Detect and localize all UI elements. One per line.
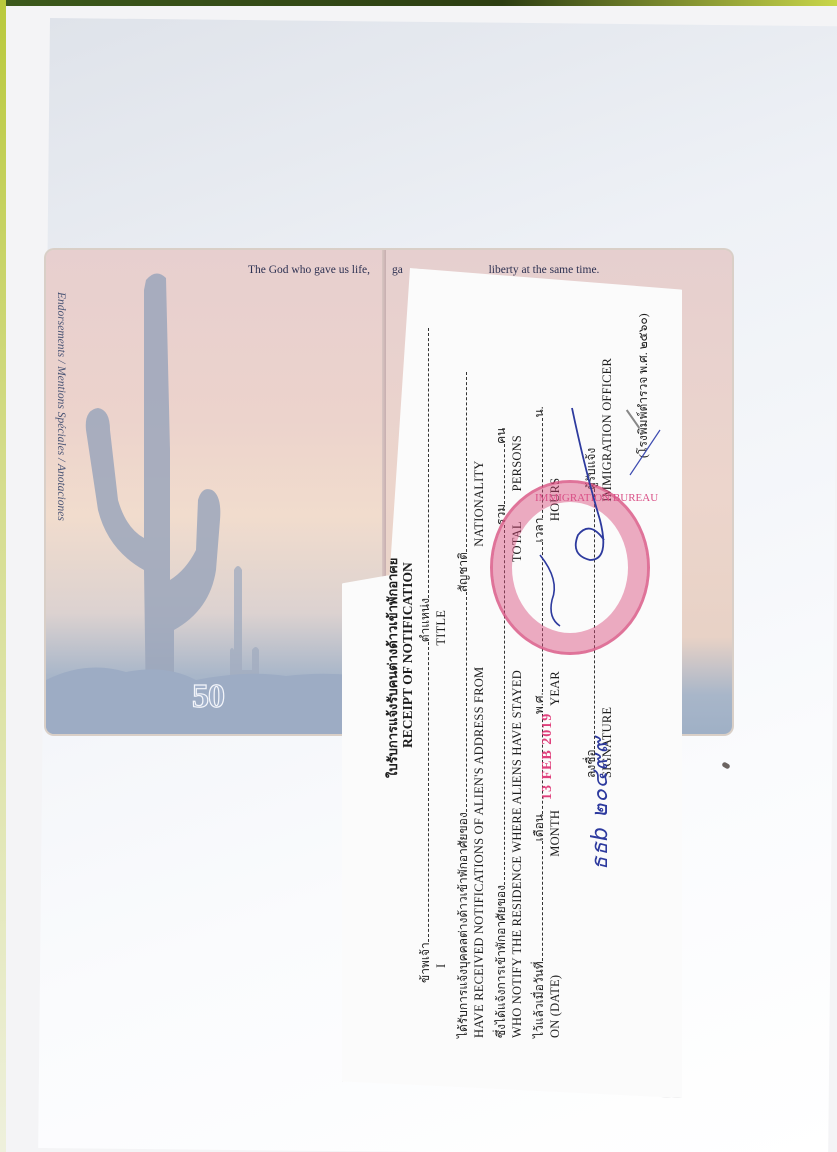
page-number: 50 — [192, 678, 224, 716]
immigration-bureau-stamp — [490, 480, 650, 655]
stamp-ring-text-en: IMMIGRATION BUREAU — [535, 492, 658, 504]
scanner-edge-top — [0, 0, 837, 6]
printer-note: (โรงพิมพ์ตำรวจ พ.ศ. ๒๕๖๐) — [634, 313, 653, 458]
passport-motto-left: The God who gave us life, — [248, 264, 370, 276]
stamped-date: 13 FEB 2019 — [540, 713, 556, 800]
motto-right-suffix: liberty at the same time. — [489, 264, 600, 276]
receipt-content: ใบรับการแจ้งรับคนต่างด้าวเข้าพักอาศัย RE… — [372, 268, 682, 1078]
scanner-edge-left — [0, 0, 6, 1152]
field-received: ได้รับการแจ้งบุคคลต่างด้าวเข้าพักอาศัยขอ… — [454, 372, 473, 1038]
field-i-en: ITITLE — [434, 610, 449, 968]
handwritten-number: ธธb ๒๐๔๙๙ — [582, 736, 617, 870]
endorsements-label-left: Endorsements / Mentions Spéciales / Anot… — [55, 292, 67, 521]
field-i: ข้าพเจ้าตำแหน่ง — [416, 328, 435, 983]
field-received-en: HAVE RECEIVED NOTIFICATIONS OF ALIEN'S A… — [472, 460, 487, 1038]
receipt-title-english: RECEIPT OF NOTIFICATION — [400, 562, 416, 748]
motto-right-prefix: ga — [392, 264, 403, 276]
passport-left-page: The God who gave us life, Endorsements /… — [46, 250, 386, 734]
